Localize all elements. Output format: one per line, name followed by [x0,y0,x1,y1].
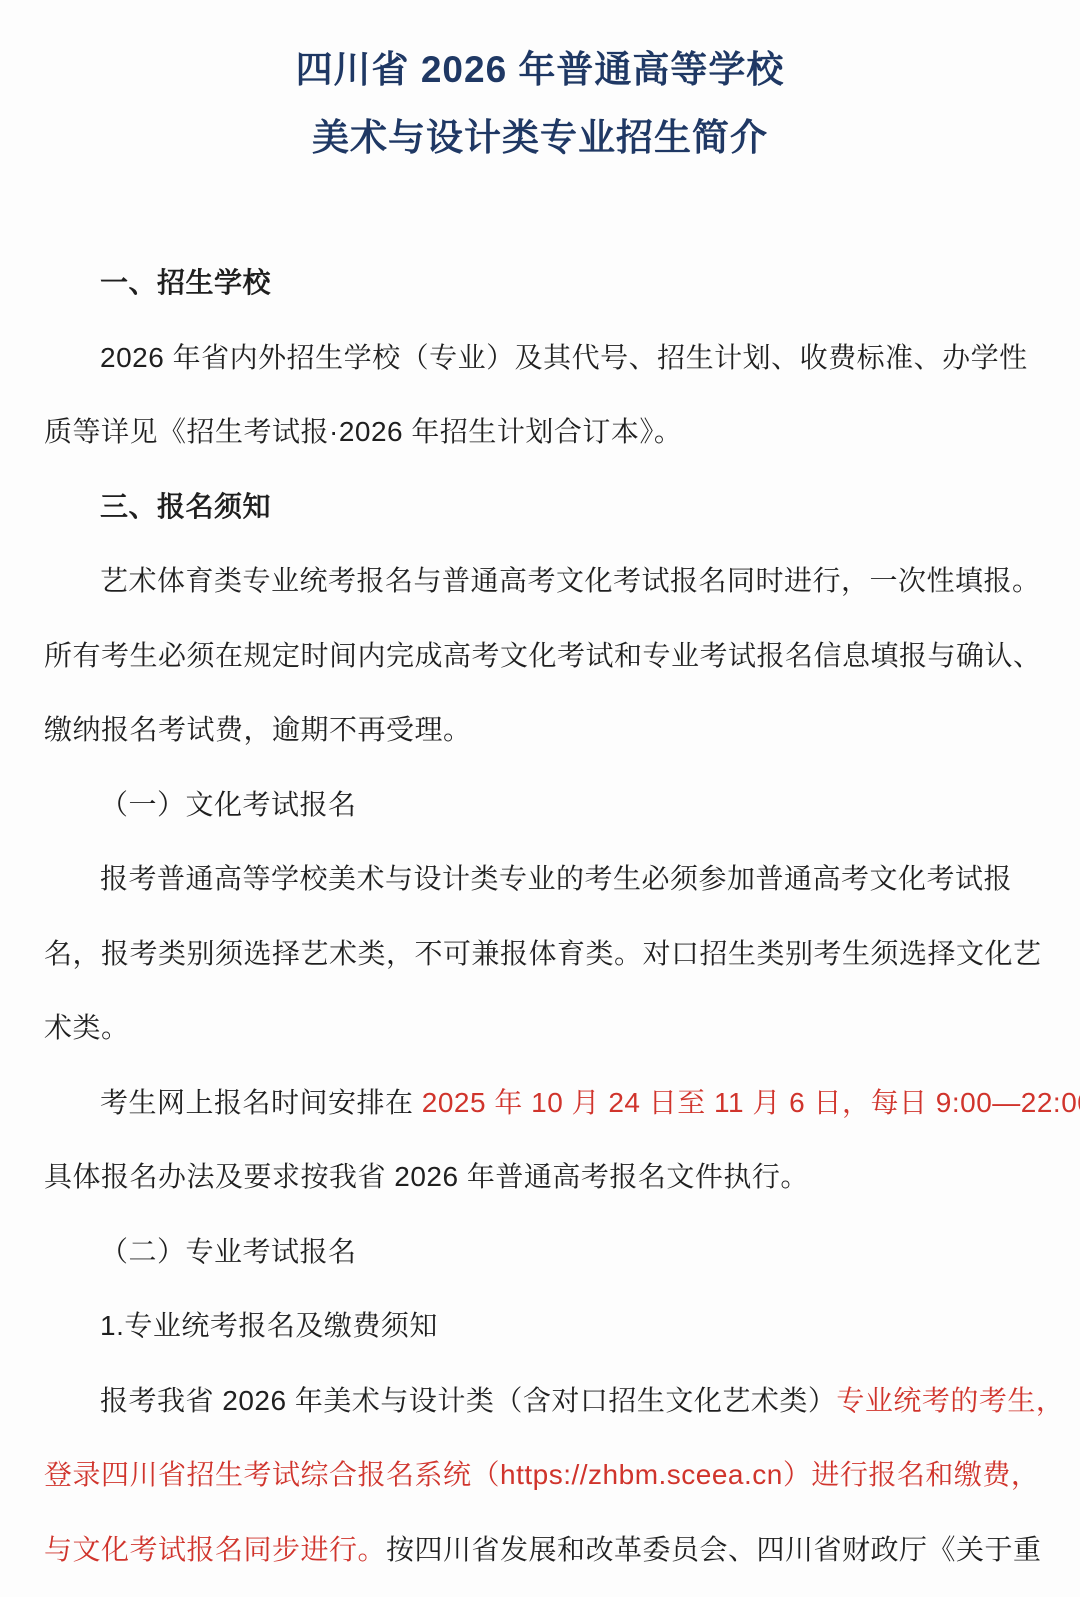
title-line-2: 美术与设计类专业招生简介 [0,104,1080,172]
section-heading: 三、报名须知 [100,491,271,522]
text-line: 报考普通高等学校美术与设计类专业的考生必须参加普通高考文化考试报 [44,842,1044,917]
text-segment: 名，报考类别须选择艺术类，不可兼报体育类。对口招生类别考生须选择文化艺 [44,938,1042,969]
text-segment: 质等详见《招生考试报·2026 年招生计划合订本》。 [44,416,682,447]
text-line: 艺术体育类专业统考报名与普通高考文化考试报名同时进行，一次性填报。 [44,544,1044,619]
text-segment: （一）文化考试报名 [100,789,357,820]
text-line: 名，报考类别须选择艺术类，不可兼报体育类。对口招生类别考生须选择文化艺 [44,917,1044,992]
registration-system-url: 登录四川省招生考试综合报名系统（https://zhbm.sceea.cn）进行… [44,1459,1039,1490]
text-segment: 报考普通高等学校美术与设计类专业的考生必须参加普通高考文化考试报 [100,863,1012,894]
text-segment: 与文化考试报名同步进行。 [44,1534,386,1565]
text-segment: 1.专业统考报名及缴费须知 [100,1310,438,1341]
text-segment: 报考我省 2026 年美术与设计类（含对口招生文化艺术类） [100,1385,836,1416]
text-line: 术类。 [44,991,1044,1066]
text-line: 2026 年省内外招生学校（专业）及其代号、招生计划、收费标准、办学性 [44,321,1044,396]
document-page: 四川省 2026 年普通高等学校 美术与设计类专业招生简介 一、招生学校2026… [0,0,1080,1597]
text-line: 1.专业统考报名及缴费须知 [44,1289,1044,1364]
text-segment: 术类。 [44,1012,130,1043]
text-segment: 所有考生必须在规定时间内完成高考文化考试和专业考试报名信息填报与确认、 [44,640,1042,671]
text-line: 考生网上报名时间安排在 2025 年 10 月 24 日至 11 月 6 日，每… [44,1066,1044,1141]
text-segment: 按四川省发展和改革委员会、四川省财政厅《关于重 [386,1534,1042,1565]
title-line-1: 四川省 2026 年普通高等学校 [0,36,1080,104]
text-segment: 专业统考的考生， [836,1385,1064,1416]
document-body: 一、招生学校2026 年省内外招生学校（专业）及其代号、招生计划、收费标准、办学… [0,246,1080,1587]
text-segment: 艺术体育类专业统考报名与普通高考文化考试报名同时进行，一次性填报。 [100,565,1041,596]
text-line: 质等详见《招生考试报·2026 年招生计划合订本》。 [44,395,1044,470]
text-line: 所有考生必须在规定时间内完成高考文化考试和专业考试报名信息填报与确认、 [44,619,1044,694]
text-segment: （二）专业考试报名 [100,1236,357,1267]
document-title: 四川省 2026 年普通高等学校 美术与设计类专业招生简介 [0,0,1080,172]
text-segment: 缴纳报名考试费，逾期不再受理。 [44,714,472,745]
online-registration-period: 2025 年 10 月 24 日至 11 月 6 日，每日 9:00—22:00… [422,1087,1080,1118]
text-line: 三、报名须知 [44,470,1044,545]
text-line: 报考我省 2026 年美术与设计类（含对口招生文化艺术类）专业统考的考生， [44,1364,1044,1439]
text-segment: 具体报名办法及要求按我省 2026 年普通高考报名文件执行。 [44,1161,809,1192]
text-line: 登录四川省招生考试综合报名系统（https://zhbm.sceea.cn）进行… [44,1438,1044,1513]
text-segment: 考生网上报名时间安排在 [100,1087,422,1118]
text-segment: 2026 年省内外招生学校（专业）及其代号、招生计划、收费标准、办学性 [100,342,1028,373]
section-heading: 一、招生学校 [100,267,271,298]
text-line: 具体报名办法及要求按我省 2026 年普通高考报名文件执行。 [44,1140,1044,1215]
text-line: 缴纳报名考试费，逾期不再受理。 [44,693,1044,768]
text-line: 与文化考试报名同步进行。按四川省发展和改革委员会、四川省财政厅《关于重 [44,1513,1044,1588]
text-line: （一）文化考试报名 [44,768,1044,843]
text-line: 一、招生学校 [44,246,1044,321]
text-line: （二）专业考试报名 [44,1215,1044,1290]
